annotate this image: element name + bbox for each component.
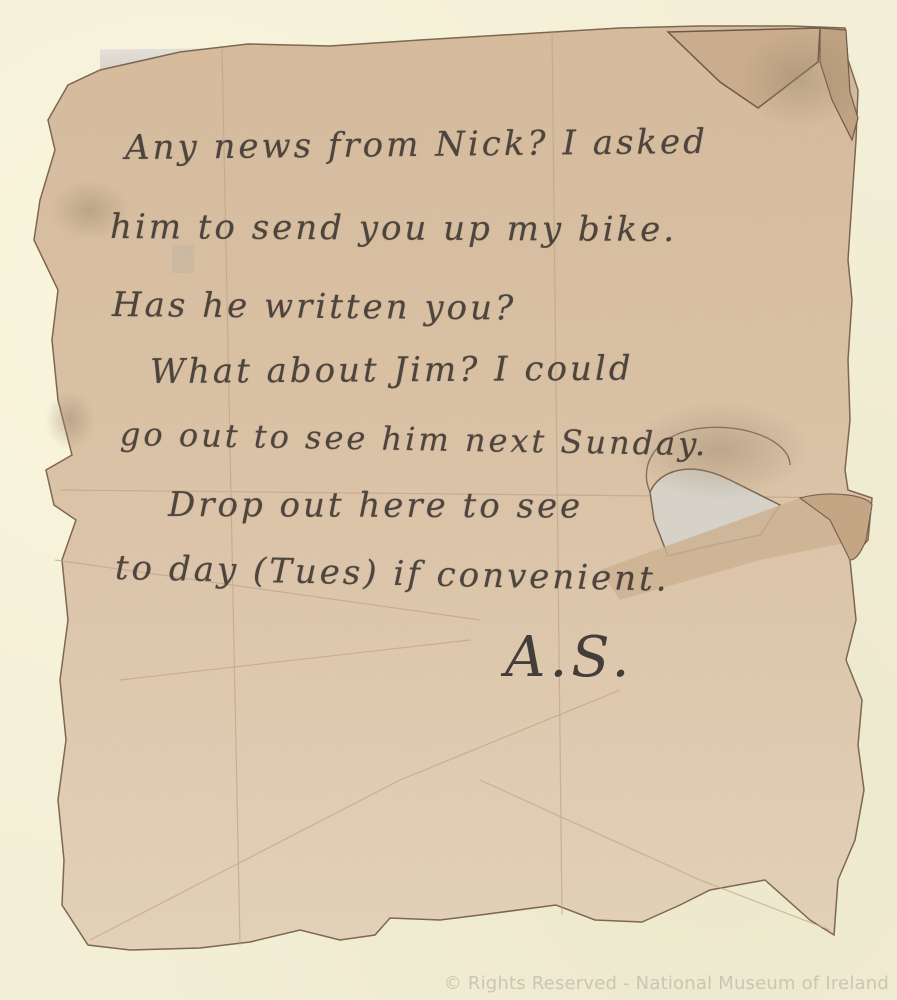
letter-line: What about Jim? I could <box>150 349 634 392</box>
letter-line: Drop out here to see <box>168 485 583 526</box>
copyright-watermark: © Rights Reserved - National Museum of I… <box>444 973 889 994</box>
letter-line: Has he written you? <box>112 285 517 329</box>
letter-line: him to send you up my bike. <box>110 207 677 250</box>
letter-line: Any news from Nick? I asked <box>125 122 708 168</box>
letter-paper: Any news from Nick? I asked him to send … <box>0 0 897 1000</box>
letter-line: go out to see him next Sunday. <box>120 415 709 463</box>
letter-line: to day (Tues) if convenient. <box>115 548 670 600</box>
letter-body: Any news from Nick? I asked him to send … <box>0 0 897 1000</box>
signature: A.S. <box>505 625 633 690</box>
